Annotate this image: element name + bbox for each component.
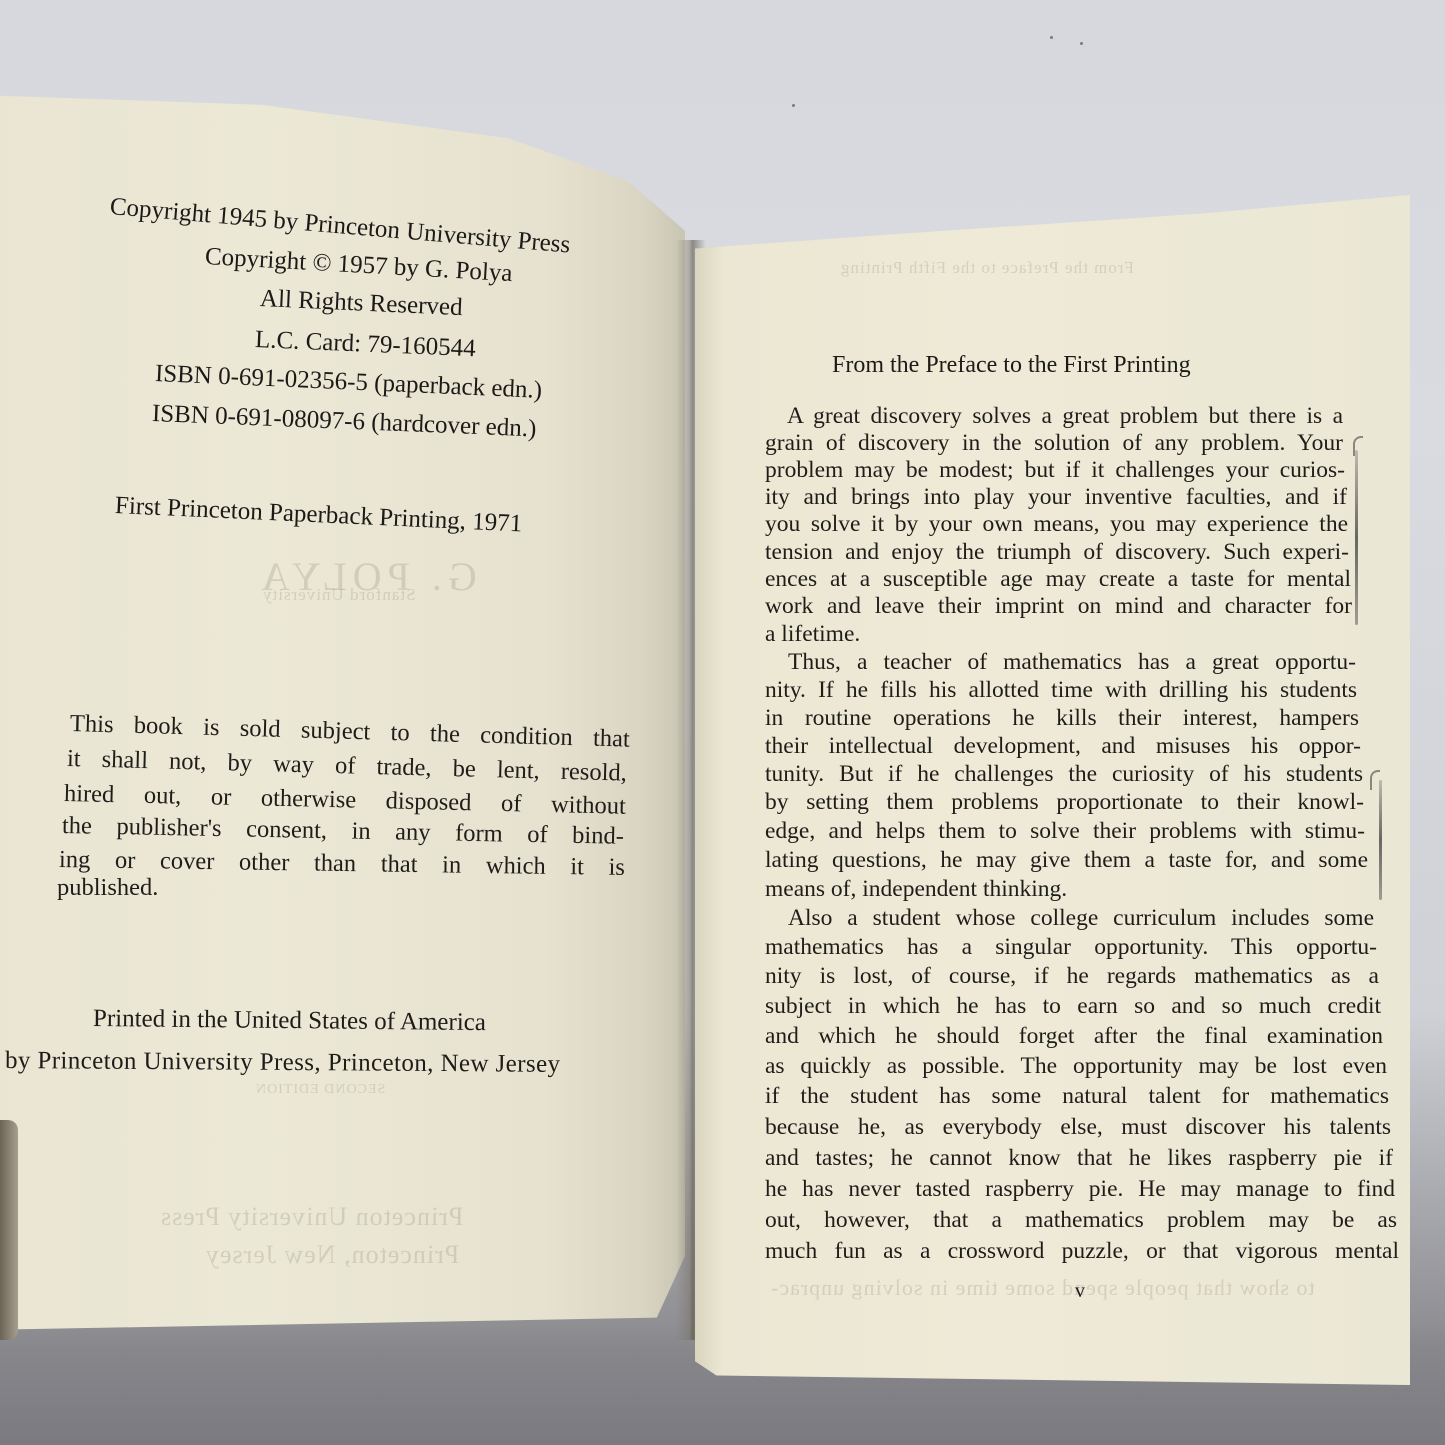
paragraph-line: grain of discovery in the solution of an… (765, 430, 1343, 457)
paragraph-line: mathematics has a singular opportunity. … (765, 934, 1377, 961)
paragraph-line: if the student has some natural talent f… (765, 1083, 1389, 1110)
paragraph-line: nity. If he fills his allotted time with… (765, 677, 1357, 704)
paragraph-line: lating questions, he may give them a tas… (765, 847, 1368, 874)
pencil-margin-mark-2 (1379, 780, 1382, 900)
paragraph-line: A great discovery solves a great problem… (787, 403, 1343, 430)
paragraph-line: much fun as a crossword puzzle, or that … (765, 1238, 1399, 1265)
paragraph-line: problem may be modest; but if it challen… (765, 457, 1345, 484)
paragraph-line: their intellectual development, and misu… (765, 733, 1361, 760)
dust-speck (792, 104, 795, 107)
preface-heading: From the Preface to the First Printing (832, 352, 1191, 379)
ghost-edition: SECOND EDITION (255, 1082, 385, 1098)
ghost-place: Princeton, New Jersey (205, 1240, 459, 1270)
paragraph-line: Also a student whose college curriculum … (788, 905, 1374, 932)
paragraph-line: ity and brings into play your inventive … (765, 484, 1347, 511)
paragraph-line: by setting them problems proportionate t… (765, 789, 1364, 816)
thumb-edge (0, 1120, 18, 1340)
paragraph-line: work and leave their imprint on mind and… (765, 593, 1352, 620)
dust-speck (1080, 42, 1083, 45)
ghost-affiliation: Stanford University (262, 585, 416, 605)
paragraph-line: means of, independent thinking. (765, 876, 1067, 903)
paragraph-line: and which he should forget after the fin… (765, 1023, 1383, 1050)
paragraph-line: Thus, a teacher of mathematics has a gre… (788, 649, 1356, 676)
printer-line: by Princeton University Press, Princeton… (5, 1048, 561, 1077)
paragraph-line: you solve it by your own means, you may … (765, 511, 1348, 538)
paragraph-line: subject in which he has to earn so and s… (765, 993, 1381, 1020)
ghost-publisher: Princeton University Press (160, 1202, 463, 1232)
printed-in-line: Printed in the United States of America (93, 1006, 486, 1035)
paragraph-line: ences at a susceptible age may create a … (765, 566, 1351, 593)
condition-line: published. (57, 874, 158, 902)
paragraph-line: tension and enjoy the triumph of discove… (765, 539, 1349, 566)
paragraph-line: tunity. But if he challenges the curiosi… (765, 761, 1363, 788)
paragraph-line: in routine operations he kills their int… (765, 705, 1359, 732)
paragraph-line: out, however, that a mathematics problem… (765, 1207, 1397, 1234)
paragraph-line: nity is lost, of course, if he regards m… (765, 963, 1379, 990)
paragraph-line: and tastes; he cannot know that he likes… (765, 1145, 1393, 1172)
ghost-last-line: to show that people spend some time in s… (770, 1275, 1315, 1301)
paragraph-line: he has never tasted raspberry pie. He ma… (765, 1176, 1395, 1203)
dust-speck (1050, 36, 1053, 39)
paragraph-line: a lifetime. (765, 621, 860, 648)
paragraph-line: as quickly as possible. The opportunity … (765, 1053, 1387, 1080)
paragraph-line: edge, and helps them to solve their prob… (765, 818, 1365, 845)
page-number: v (1075, 1280, 1085, 1303)
ghost-running-head: From the Preface to the Fifth Printing (840, 258, 1134, 278)
paragraph-line: because he, as everybody else, must disc… (765, 1114, 1391, 1141)
pencil-margin-mark-1 (1355, 450, 1358, 625)
